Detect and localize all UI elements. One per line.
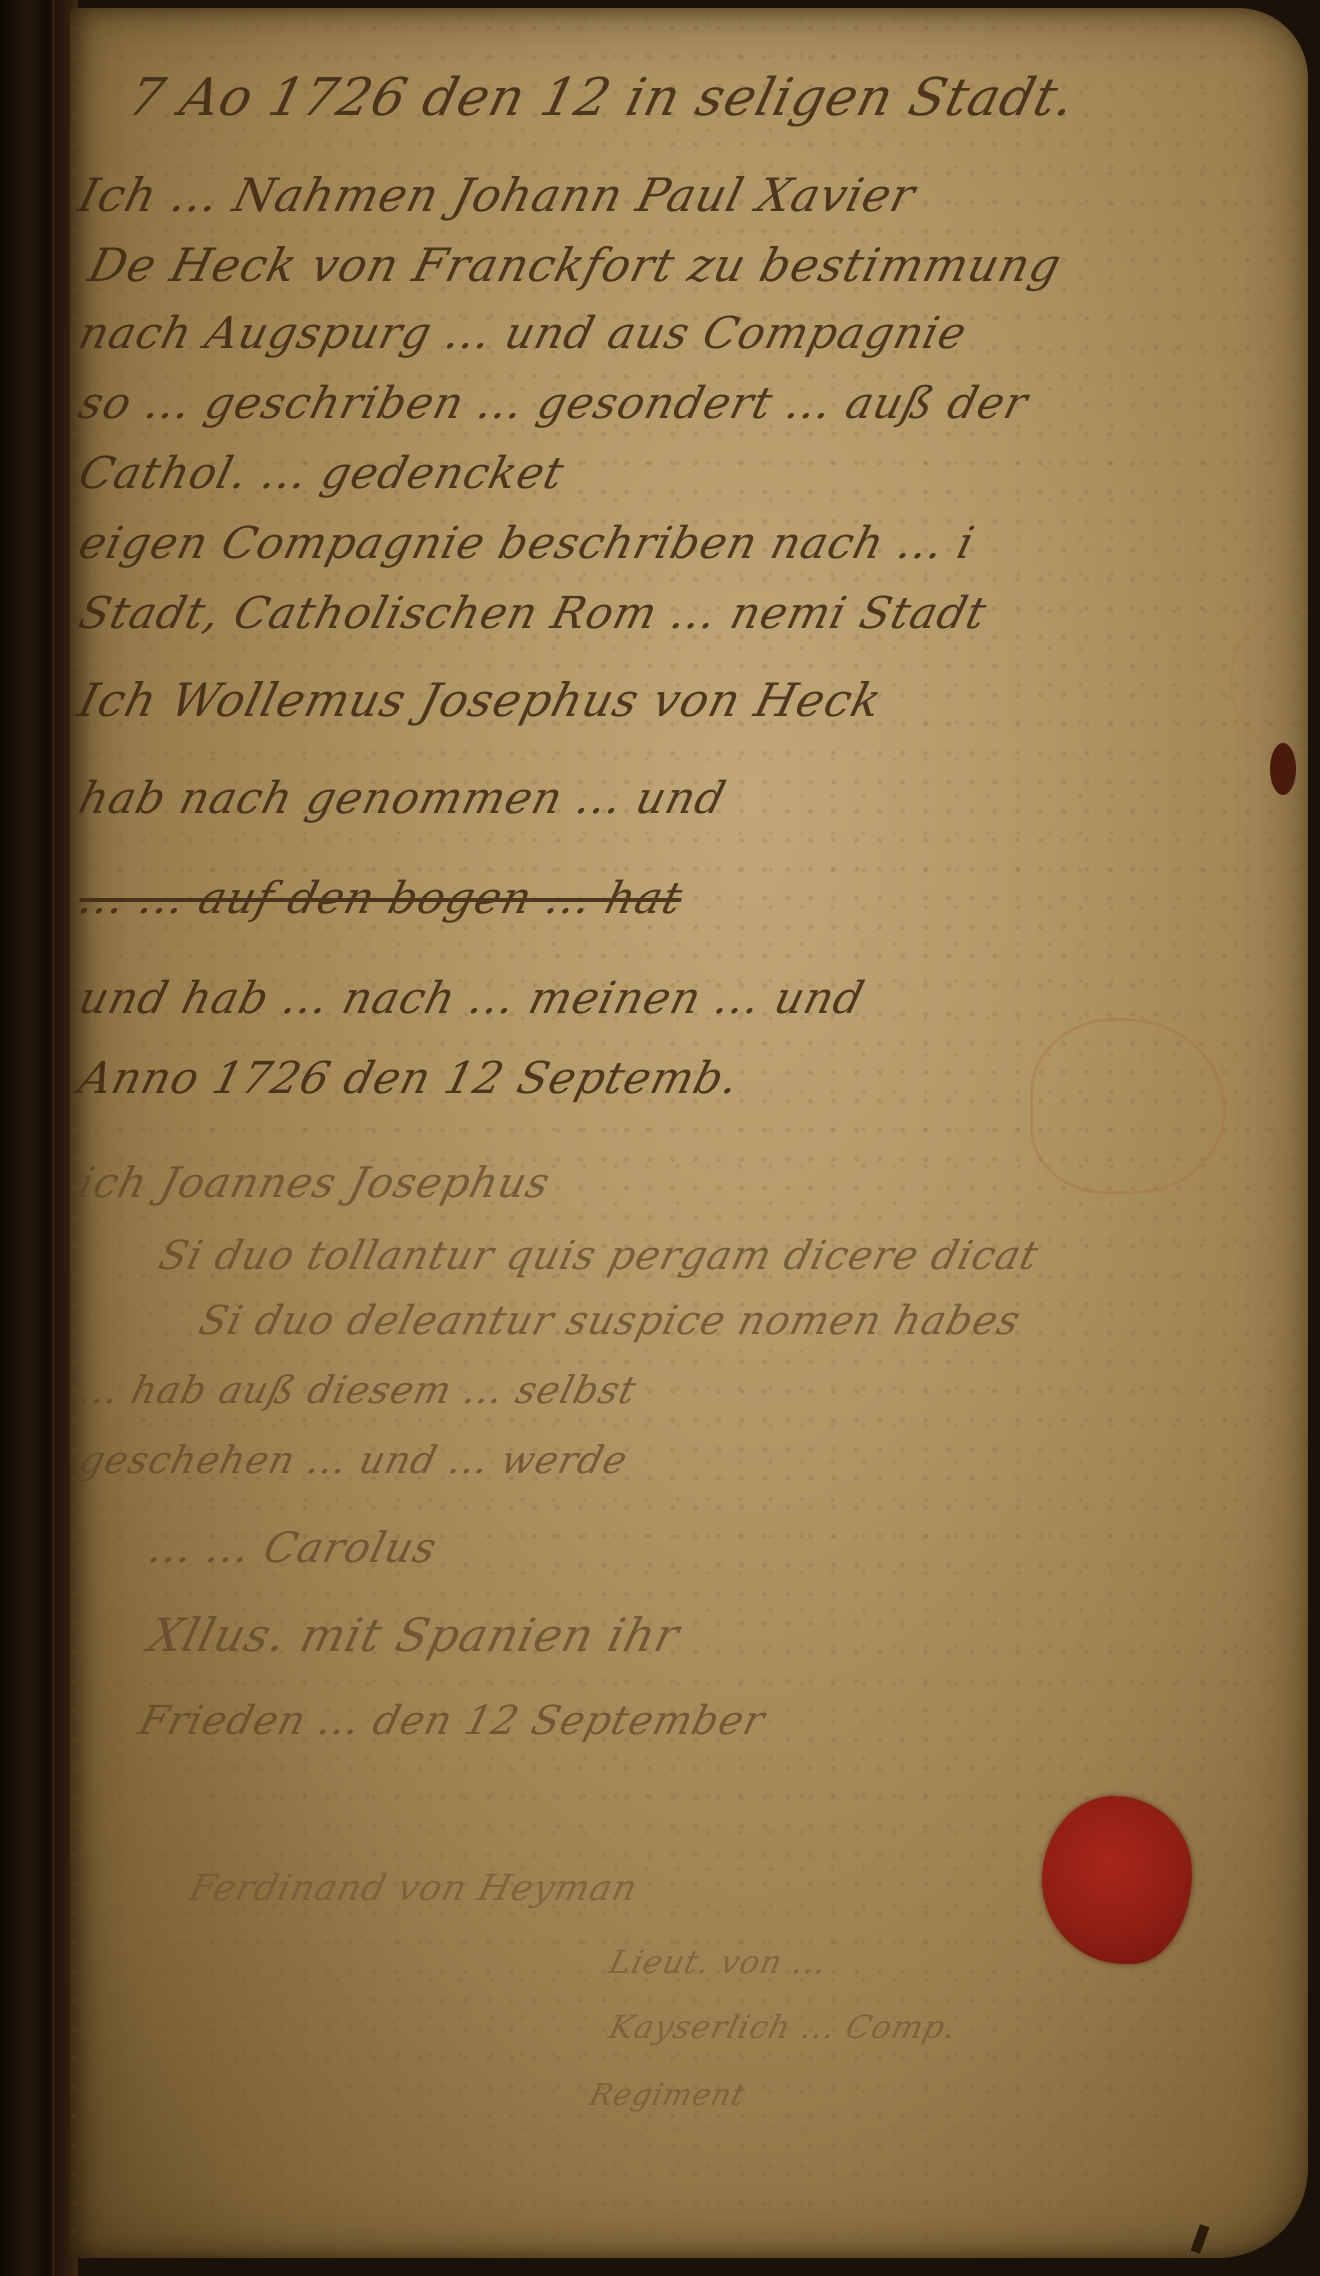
text-line: eigen Compagnie beschriben nach ... i: [74, 518, 980, 569]
text-line: De Heck von Franckfort zu bestimmung: [83, 238, 1067, 292]
book-binding: [0, 0, 78, 2276]
struck-text-line: ... ... auf den bogen ... hat: [74, 873, 688, 924]
water-stain: [1030, 1018, 1226, 1194]
text-line: ich Joannes Josephus: [74, 1158, 556, 1207]
text-line: ... hab auß diesem ... selbst: [75, 1368, 642, 1412]
text-line: Frieden ... den 12 September: [134, 1698, 770, 1744]
signature-title: Regiment: [586, 2078, 749, 2113]
text-line: Ich ... Nahmen Johann Paul Xavier: [73, 168, 921, 222]
text-line-date: Anno 1726 den 12 Septemb.: [74, 1053, 745, 1104]
binding-edge: [52, 0, 55, 2276]
text-line: Ich Wollemus Josephus von Heck: [73, 673, 887, 727]
signature-title: Kayserlich ... Comp.: [605, 2008, 961, 2046]
text-line: ... ... Carolus: [144, 1523, 443, 1572]
text-line: Stadt, Catholischen Rom ... nemi Stadt: [74, 588, 992, 639]
latin-verse-line: Si duo deleantur suspice nomen habes: [194, 1298, 1025, 1344]
text-line: Cathol. ... gedencket: [74, 448, 570, 499]
text-line-date-header: 7 Ao 1726 den 12 in seligen Stadt.: [123, 68, 1082, 128]
signature-title: Lieut. von ...: [605, 1943, 831, 1981]
text-line: hab nach genommen ... und: [74, 773, 732, 824]
text-line: nach Augspurg ... und aus Compagnie: [74, 308, 973, 359]
text-line: so ... geschriben ... gesondert ... auß …: [74, 378, 1034, 429]
text-line: Xllus. mit Spanien ihr: [143, 1608, 685, 1662]
text-line: und hab ... nach ... meinen ... und: [74, 973, 870, 1024]
text-line: geschehen ... und ... werde: [75, 1438, 633, 1482]
water-stain: [1230, 608, 1308, 752]
latin-verse-line: Si duo tollantur quis pergam dicere dica…: [154, 1233, 1043, 1279]
ink-blot: [1270, 743, 1296, 795]
signature-name: Ferdinand von Heyman: [185, 1868, 642, 1909]
